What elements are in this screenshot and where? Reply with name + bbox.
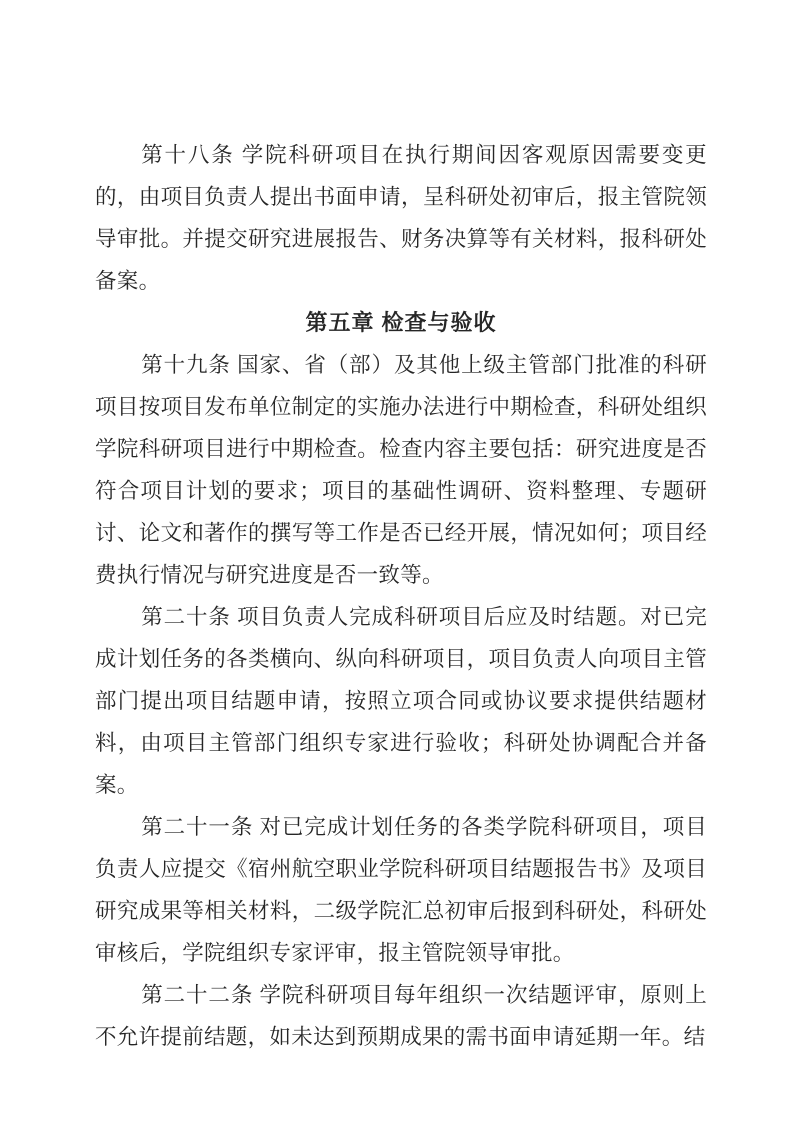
paragraph: 第二十一条 对已完成计划任务的各类学院科研项目，项目负责人应提交《宿州航空职业学… [95, 806, 707, 974]
paragraph: 第二十条 项目负责人完成科研项目后应及时结题。对已完成计划任务的各类横向、纵向科… [95, 596, 707, 806]
paragraph: 第十九条 国家、省（部）及其他上级主管部门批准的科研项目按项目发布单位制定的实施… [95, 344, 707, 596]
chapter-heading: 第五章 检查与验收 [95, 302, 707, 344]
document-page: 第十八条 学院科研项目在执行期间因客观原因需要变更的，由项目负责人提出书面申请，… [0, 0, 793, 1122]
paragraph: 第二十二条 学院科研项目每年组织一次结题评审，原则上不允许提前结题，如未达到预期… [95, 974, 707, 1058]
document-content: 第十八条 学院科研项目在执行期间因客观原因需要变更的，由项目负责人提出书面申请，… [95, 134, 707, 1058]
paragraph: 第十八条 学院科研项目在执行期间因客观原因需要变更的，由项目负责人提出书面申请，… [95, 134, 707, 302]
